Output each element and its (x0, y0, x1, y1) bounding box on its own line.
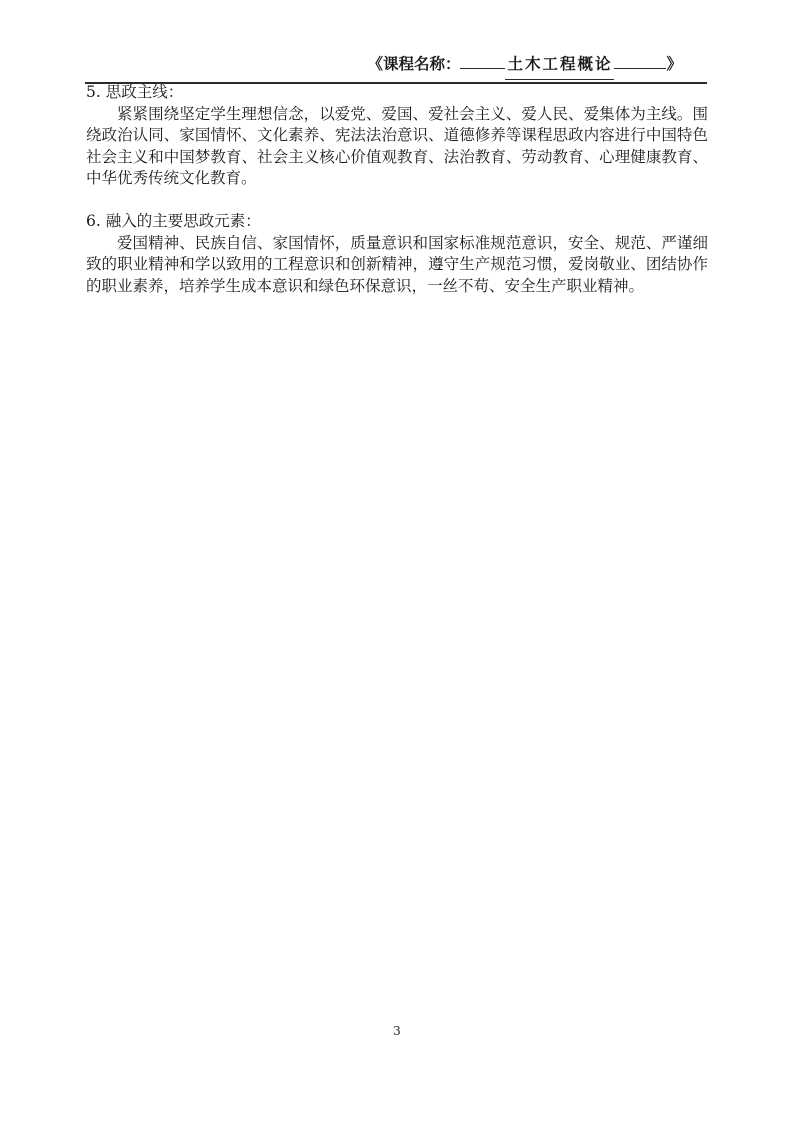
course-name-label: 课程名称： (383, 50, 461, 78)
section-6-paragraph: 爱国精神、民族自信、家国情怀，质量意识和国家标准规范意识，安全、规范、严谨细致的… (86, 233, 708, 298)
course-name-value: 土木工程概论 (505, 50, 614, 80)
header-open-bracket: 《 (367, 50, 383, 78)
section-5-heading: 5. 思政主线： (86, 82, 708, 104)
underline-blank-left (460, 55, 505, 69)
section-6-heading: 6. 融入的主要思政元素： (86, 211, 708, 233)
document-body: 5. 思政主线： 紧紧围绕坚定学生理想信念，以爱党、爱国、爱社会主义、爱人民、爱… (86, 82, 708, 297)
blank-line (86, 190, 708, 212)
header-close-bracket: 》 (666, 50, 682, 78)
page-header: 《课程名称：土木工程概论》 (85, 50, 707, 84)
underline-blank-right (614, 55, 666, 69)
section-5-paragraph: 紧紧围绕坚定学生理想信念，以爱党、爱国、爱社会主义、爱人民、爱集体为主线。围绕政… (86, 104, 708, 190)
document-page: 《课程名称：土木工程概论》 5. 思政主线： 紧紧围绕坚定学生理想信念，以爱党、… (0, 0, 794, 1123)
page-number: 3 (0, 1024, 794, 1038)
